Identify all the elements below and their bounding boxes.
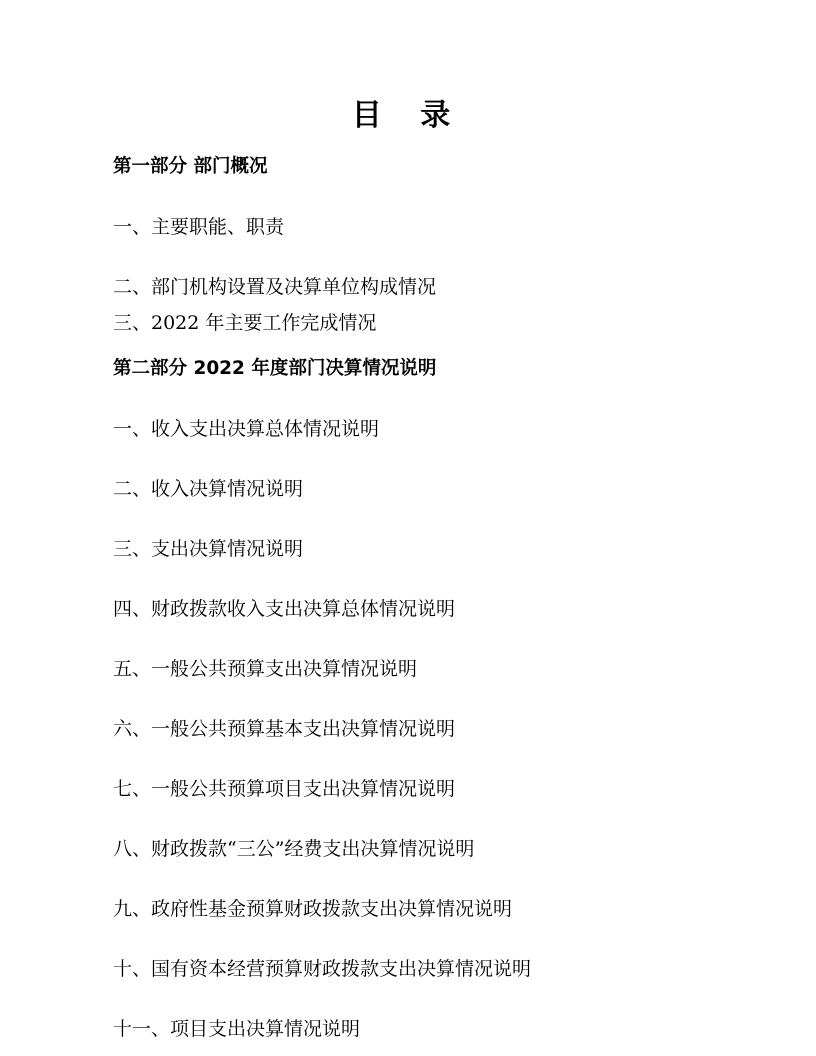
toc-item[interactable]: 一、主要职能、职责 [113,212,284,239]
toc-part-2[interactable]: 第二部分 2022 年度部门决算情况说明 [113,354,436,380]
toc-item[interactable]: 七、一般公共预算项目支出决算情况说明 [113,774,455,801]
toc-item[interactable]: 五、一般公共预算支出决算情况说明 [113,654,417,681]
toc-item[interactable]: 二、部门机构设置及决算单位构成情况 [113,272,436,299]
page-title: 目 录 [0,90,816,134]
toc-item[interactable]: 一、收入支出决算总体情况说明 [113,414,379,441]
toc-item[interactable]: 二、收入决算情况说明 [113,474,303,501]
toc-item[interactable]: 六、一般公共预算基本支出决算情况说明 [113,714,455,741]
toc-item[interactable]: 九、政府性基金预算财政拨款支出决算情况说明 [113,894,512,921]
toc-item[interactable]: 三、支出决算情况说明 [113,534,303,561]
toc-item[interactable]: 八、财政拨款“三公”经费支出决算情况说明 [113,834,474,861]
toc-item[interactable]: 十一、项目支出决算情况说明 [113,1014,360,1041]
toc-part-1[interactable]: 第一部分 部门概况 [113,152,267,178]
toc-item[interactable]: 十、国有资本经营预算财政拨款支出决算情况说明 [113,954,531,981]
toc-item[interactable]: 三、2022 年主要工作完成情况 [113,308,376,335]
toc-item[interactable]: 四、财政拨款收入支出决算总体情况说明 [113,594,455,621]
